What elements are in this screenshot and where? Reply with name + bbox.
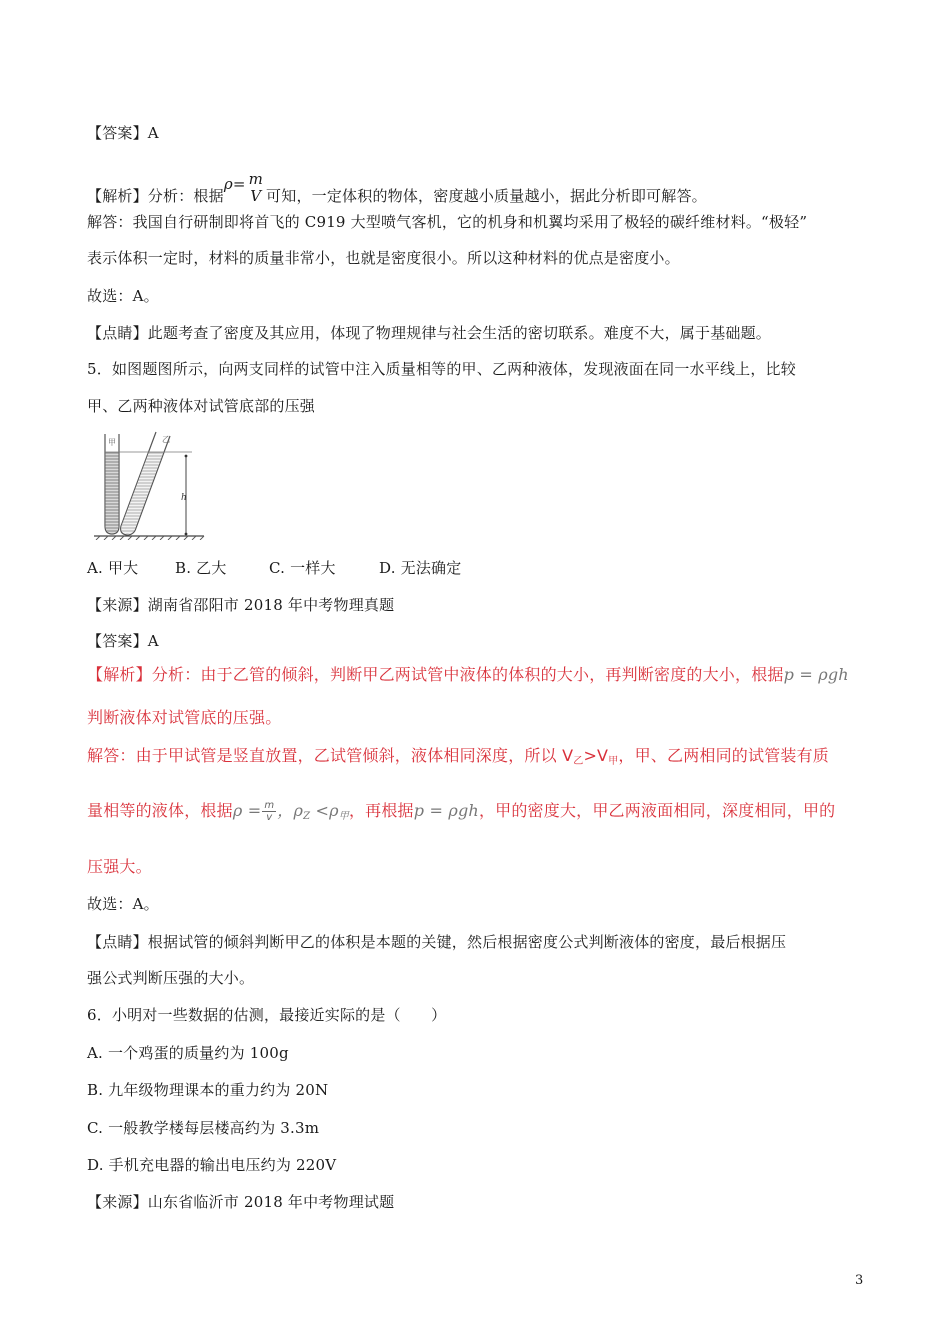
q5-solution-line-3: 压强大。: [87, 857, 152, 877]
q5-question-line-2: 甲、乙两种液体对试管底部的压强: [87, 396, 315, 416]
q5-options: A. 甲大B. 乙大C. 一样大D. 无法确定: [87, 558, 461, 578]
q5-question-line-1: 5．如图题图所示，向两支同样的试管中注入质量相等的甲、乙两种液体，发现液面在同一…: [87, 359, 796, 379]
q5-option-c: C. 一样大: [269, 558, 379, 578]
q5-solution-line-2: 量相等的液体，根据ρ =mv，ρZ <ρ甲，再根据p = ρgh，甲的密度大，甲…: [87, 800, 835, 827]
q6-question: 6．小明对一些数据的估测，最接近实际的是（ ）: [87, 1005, 446, 1025]
density-formula-lhs: ρ=: [224, 175, 246, 193]
q6-option-c: C. 一般教学楼每层楼高约为 3.3m: [87, 1118, 319, 1138]
label-jia: 甲: [108, 438, 116, 447]
density-fraction: mv: [262, 800, 276, 823]
test-tube-diagram: 甲 乙 h: [92, 428, 212, 540]
q4-choice: 故选：A。: [87, 286, 159, 306]
q6-option-b: B. 九年级物理课本的重力约为 20N: [87, 1080, 328, 1100]
q5-solution-line-1: 解答：由于甲试管是竖直放置，乙试管倾斜，液体相同深度，所以 V乙>V甲，甲、乙两…: [87, 746, 829, 772]
label-h: h: [181, 493, 187, 503]
q4-solution-line-1: 解答：我国自行研制即将首飞的 C919 大型喷气客机，它的机身和机翼均采用了极轻…: [87, 212, 807, 232]
q4-analysis-prefix: 【解析】分析：根据: [87, 187, 224, 205]
q4-comment: 【点睛】此题考查了密度及其应用，体现了物理规律与社会生活的密切联系。难度不大，属…: [87, 323, 771, 343]
q5-choice: 故选：A。: [87, 894, 159, 914]
q5-option-d: D. 无法确定: [379, 558, 461, 578]
q5-option-a: A. 甲大: [87, 558, 175, 578]
q5-analysis-line-2: 判断液体对试管底的压强。: [87, 708, 281, 728]
density-formula-fraction: mV: [247, 171, 265, 205]
q5-answer: 【答案】A: [87, 631, 159, 651]
q5-comment-line-2: 强公式判断压强的大小。: [87, 968, 254, 988]
q4-solution-line-2: 表示体积一定时，材料的质量非常小，也就是密度很小。所以这种材料的优点是密度小。: [87, 248, 680, 268]
page-number: 3: [855, 1273, 863, 1288]
pressure-formula: p = ρgh: [784, 665, 849, 684]
q6-option-d: D. 手机充电器的输出电压约为 220V: [87, 1155, 336, 1175]
q6-option-a: A. 一个鸡蛋的质量约为 100g: [87, 1043, 289, 1063]
q5-source: 【来源】湖南省邵阳市 2018 年中考物理真题: [87, 595, 394, 615]
q5-analysis-line-1: 【解析】分析：由于乙管的倾斜，判断甲乙两试管中液体的体积的大小，再判断密度的大小…: [87, 665, 849, 685]
q6-source: 【来源】山东省临沂市 2018 年中考物理试题: [87, 1192, 394, 1212]
q5-comment-line-1: 【点睛】根据试管的倾斜判断甲乙的体积是本题的关键，然后根据密度公式判断液体的密度…: [87, 932, 786, 952]
test-tube-figure: 甲 乙 h: [92, 428, 212, 540]
q4-answer: 【答案】A: [87, 123, 159, 143]
q4-analysis-suffix: 可知，一定体积的物体，密度越小质量越小，据此分析即可解答。: [266, 187, 707, 205]
label-yi: 乙: [162, 435, 170, 444]
q4-analysis: 【解析】分析：根据ρ=mV可知，一定体积的物体，密度越小质量越小，据此分析即可解…: [87, 180, 707, 214]
q5-option-b: B. 乙大: [175, 558, 269, 578]
